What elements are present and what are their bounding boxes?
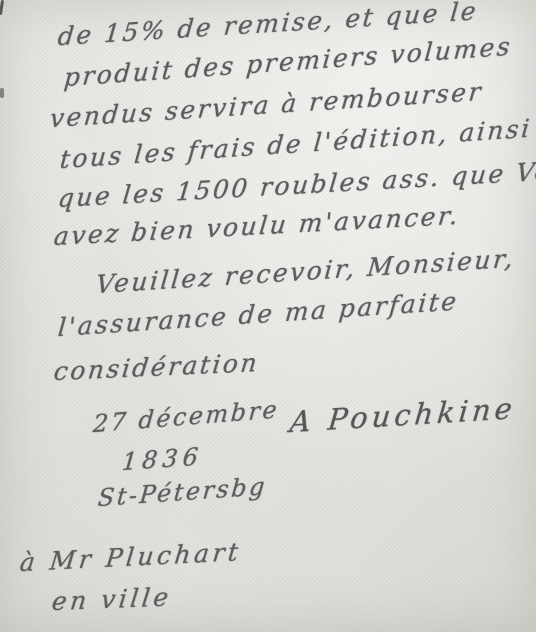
address-location: en ville <box>50 582 173 616</box>
letter-scan-page: de 15% de remise, et que le produit des … <box>0 0 536 632</box>
scan-artifact-top-left <box>0 0 4 15</box>
dateline-place: St-Pétersbg <box>97 472 268 512</box>
signature: A Pouchkine <box>288 391 517 439</box>
scan-artifact-left-edge <box>0 88 4 98</box>
dateline-date: 27 décembre <box>92 395 280 438</box>
address-recipient: à Mr Pluchart <box>18 537 243 577</box>
letter-valediction-line: considération <box>52 348 260 386</box>
dateline-year: 1836 <box>121 442 204 476</box>
